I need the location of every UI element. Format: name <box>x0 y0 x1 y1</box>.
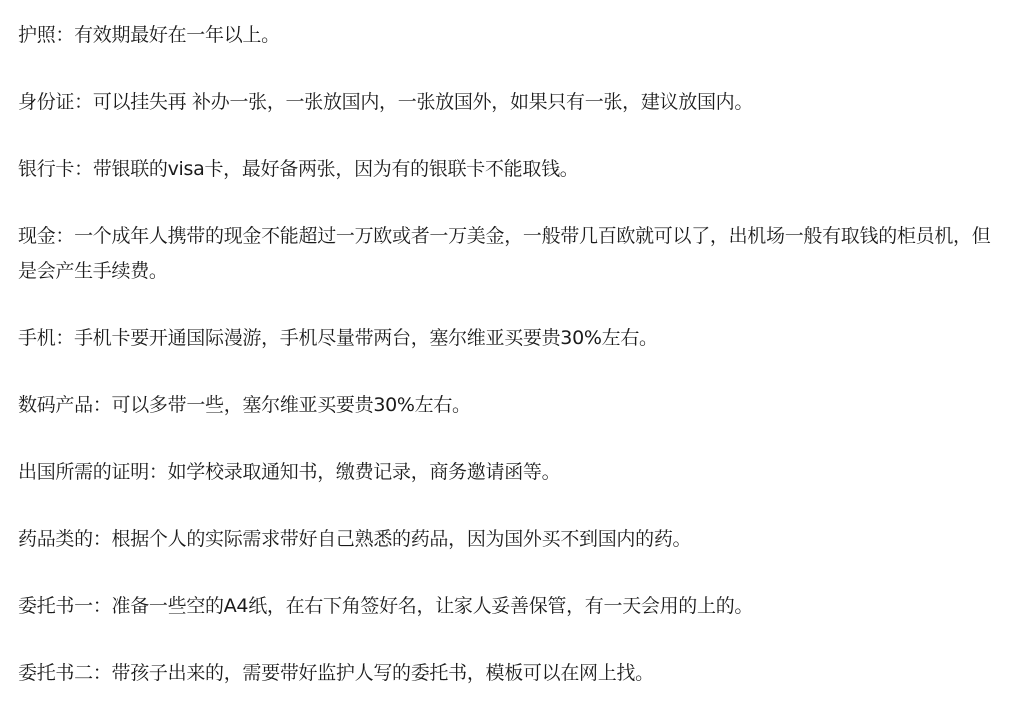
item-label: 身份证： <box>18 91 93 113</box>
item-text: 根据个人的实际需求带好自己熟悉的药品，因为国外买不到国内的药。 <box>112 528 692 550</box>
item-text: 准备一些空的A4纸，在右下角签好名，让家人妥善保管，有一天会用的上的。 <box>112 595 754 617</box>
item-text: 一个成年人携带的现金不能超过一万欧或者一万美金，一般带几百欧就可以了，出机场一般… <box>18 225 990 282</box>
item-label: 委托书一： <box>18 595 112 617</box>
item-label: 数码产品： <box>18 394 112 416</box>
paragraph-bank-card: 银行卡：带银联的visa卡，最好备两张，因为有的银联卡不能取钱。 <box>18 152 1000 187</box>
paragraph-passport: 护照：有效期最好在一年以上。 <box>18 18 1000 53</box>
paragraph-power-of-attorney-1: 委托书一：准备一些空的A4纸，在右下角签好名，让家人妥善保管，有一天会用的上的。 <box>18 589 1000 624</box>
paragraph-medicine: 药品类的：根据个人的实际需求带好自己熟悉的药品，因为国外买不到国内的药。 <box>18 522 1000 557</box>
paragraph-power-of-attorney-2: 委托书二：带孩子出来的，需要带好监护人写的委托书，模板可以在网上找。 <box>18 656 1000 691</box>
item-label: 手机： <box>18 327 74 349</box>
paragraph-digital-products: 数码产品：可以多带一些，塞尔维亚买要贵30%左右。 <box>18 388 1000 423</box>
item-text: 带孩子出来的，需要带好监护人写的委托书，模板可以在网上找。 <box>112 662 654 684</box>
item-text: 可以多带一些，塞尔维亚买要贵30%左右。 <box>112 394 471 416</box>
document-body: 护照：有效期最好在一年以上。 身份证：可以挂失再 补办一张，一张放国内，一张放国… <box>0 0 1018 691</box>
item-label: 委托书二： <box>18 662 112 684</box>
paragraph-phone: 手机：手机卡要开通国际漫游，手机尽量带两台，塞尔维亚买要贵30%左右。 <box>18 321 1000 356</box>
item-label: 药品类的： <box>18 528 112 550</box>
item-text: 带银联的visa卡，最好备两张，因为有的银联卡不能取钱。 <box>93 158 579 180</box>
item-label: 现金： <box>18 225 74 247</box>
item-label: 护照： <box>18 24 74 46</box>
item-label: 出国所需的证明： <box>18 461 168 483</box>
paragraph-cash: 现金：一个成年人携带的现金不能超过一万欧或者一万美金，一般带几百欧就可以了，出机… <box>18 219 1000 289</box>
paragraph-certificates: 出国所需的证明：如学校录取通知书，缴费记录，商务邀请函等。 <box>18 455 1000 490</box>
item-text: 有效期最好在一年以上。 <box>74 24 280 46</box>
item-text: 可以挂失再 补办一张，一张放国内，一张放国外，如果只有一张，建议放国内。 <box>93 91 753 113</box>
paragraph-id-card: 身份证：可以挂失再 补办一张，一张放国内，一张放国外，如果只有一张，建议放国内。 <box>18 85 1000 120</box>
item-text: 手机卡要开通国际漫游，手机尽量带两台，塞尔维亚买要贵30%左右。 <box>74 327 658 349</box>
item-text: 如学校录取通知书，缴费记录，商务邀请函等。 <box>168 461 561 483</box>
item-label: 银行卡： <box>18 158 93 180</box>
